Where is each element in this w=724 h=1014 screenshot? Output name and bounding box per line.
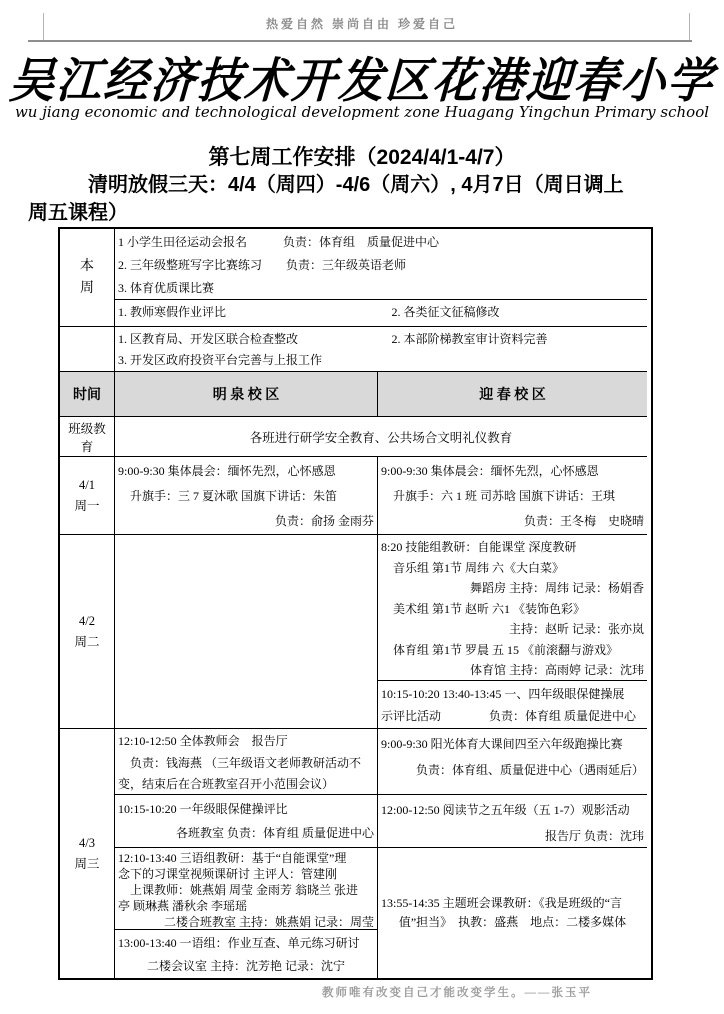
school-name-calligraphy: 吴江经济技术开发区花港迎春小学 xyxy=(0,42,724,111)
text-line: 舞蹈房 主持：周纬 记录：杨娟香 xyxy=(381,578,644,599)
text-line: 负责：钱海燕 （三年级语文老师教研活动不 xyxy=(118,753,374,775)
week-row3-cell: 1. 区教育局、开发区联合检查整改 2. 本部阶梯教室审计资料完善 3. 开发区… xyxy=(115,327,647,372)
day2-row: 4/2 周二 8:20 技能组教研：自能课堂 深度教研 音乐组 第1节 周纬 六… xyxy=(60,535,651,729)
day3-yingchun-reading-festival-cell: 12:00-12:50 阅读节之五年级（五 1-7）观影活动 报告厅 负责：沈玮 xyxy=(378,795,647,848)
day1-weekday: 周一 xyxy=(74,496,99,517)
week-label-empty-cell xyxy=(60,327,115,372)
text-line: 12:10-12:50 全体教师会 报告厅 xyxy=(118,731,374,753)
day1-yingchun-cell: 9:00-9:30 集体晨会：缅怀先烈，心怀感恩 升旗手：六 1 班 司苏晗 国… xyxy=(378,457,647,535)
text-line: 9:00-9:30 集体晨会：缅怀先烈，心怀感恩 xyxy=(381,459,644,484)
text-line: 12:10-13:40 三语组教研：基于“自能课堂”理 xyxy=(118,850,374,866)
holiday-notice: 清明放假三天：4/4（周四）-4/6（周六）, 4月7日（周日调上 周五课程） xyxy=(28,171,696,227)
schedule-table: 本周 1 小学生田径运动会报名 负责：体育组 质量促进中心 2. 三年级整班写字… xyxy=(58,227,653,980)
day2-yingchun-research-cell: 8:20 技能组教研：自能课堂 深度教研 音乐组 第1节 周纬 六《大白菜》 舞… xyxy=(378,535,647,681)
day3-label: 4/3 周三 xyxy=(60,729,115,978)
class-education-row: 班级教育 各班进行研学安全教育、公共场合文明礼仪教育 xyxy=(60,417,651,457)
week-row2-item2: 2. 各类征文征稿修改 xyxy=(392,302,500,323)
week-label-cell: 本周 xyxy=(60,229,115,327)
day3-mingquan-language-group3-cell: 12:10-13:40 三语组教研：基于“自能课堂”理 念下的习课堂视频课研讨 … xyxy=(115,848,378,930)
text-line: 1. 区教育局、开发区联合检查整改 2. 本部阶梯教室审计资料完善 xyxy=(118,329,644,350)
day1-date: 4/1 xyxy=(79,475,95,496)
text-line: 亭 顾琳燕 潘秋余 李瑶瑶 xyxy=(118,898,374,914)
week-row3-item3: 3. 开发区政府投资平台完善与上报工作 xyxy=(118,350,644,371)
week-section: 本周 1 小学生田径运动会报名 负责：体育组 质量促进中心 2. 三年级整班写字… xyxy=(60,229,651,372)
text-line: 美术组 第1节 赵昕 六1 《装饰色彩》 xyxy=(381,599,644,620)
school-motto: 热爱自然 崇尚自由 珍爱自己 xyxy=(0,15,724,32)
day2-mingquan-empty-cell xyxy=(115,535,378,729)
week-row2-item1: 1. 教师寒假作业评比 xyxy=(118,305,226,319)
day1-mingquan-cell: 9:00-9:30 集体晨会：缅怀先烈，心怀感恩 升旗手：三 7 夏沐歌 国旗下… xyxy=(115,457,378,535)
day3-mingquan-eye-exercise-cell: 10:15-10:20 一年级眼保健操评比 各班教室 负责：体育组 质量促进中心 xyxy=(115,795,378,848)
text-line: 音乐组 第1节 周纬 六《大白菜》 xyxy=(381,558,644,579)
col-header-time: 时间 xyxy=(60,372,115,417)
week-content-column: 1 小学生田径运动会报名 负责：体育组 质量促进中心 2. 三年级整班写字比赛练… xyxy=(115,229,647,372)
school-name-english: wu jiang economic and technological deve… xyxy=(0,103,724,121)
text-line: 升旗手：六 1 班 司苏晗 国旗下讲话：王琪 xyxy=(381,484,644,509)
text-line: 升旗手：三 7 夏沐歌 国旗下讲话：朱笛 xyxy=(118,484,374,509)
text-line: 负责：俞扬 金雨芬 xyxy=(118,509,374,534)
day1-label: 4/1 周一 xyxy=(60,457,115,535)
week-row3-item1: 1. 区教育局、开发区联合检查整改 xyxy=(118,332,298,346)
text-line: 报告厅 负责：沈玮 xyxy=(381,823,644,848)
day3-mingquan-language-group1-cell: 13:00-13:40 一语组：作业互查、单元练习研讨 二楼会议室 主持：沈芳艳… xyxy=(115,930,378,978)
day2-label: 4/2 周二 xyxy=(60,535,115,729)
text-line: 8:20 技能组教研：自能课堂 深度教研 xyxy=(381,537,644,558)
text-line: 10:15-10:20 13:40-13:45 一、四年级眼保健操展 xyxy=(381,683,644,705)
text-line: 负责：王冬梅 史晓晴 xyxy=(381,509,644,534)
text-line: 上课教师：姚燕娟 周莹 金雨芳 翁晓兰 张进 xyxy=(118,882,374,898)
text-line: 1 小学生田径运动会报名 负责：体育组 质量促进中心 xyxy=(118,231,644,254)
week-label-column: 本周 xyxy=(60,229,115,372)
holiday-notice-line2: 周五课程） xyxy=(28,199,696,227)
day3-mingquan-teachers-meeting-cell: 12:10-12:50 全体教师会 报告厅 负责：钱海燕 （三年级语文老师教研活… xyxy=(115,729,378,795)
text-line: 体育馆 主持：高雨婷 记录：沈玮 xyxy=(381,660,644,681)
day2-yingchun-eye-exercise-cell: 10:15-10:20 13:40-13:45 一、四年级眼保健操展 示评比活动… xyxy=(378,681,647,729)
text-line: 念下的习课堂视频课研讨 主评人：管建刚 xyxy=(118,866,374,882)
text-line: 9:00-9:30 集体晨会：缅怀先烈，心怀感恩 xyxy=(118,459,374,484)
text-line: 各班教室 负责：体育组 质量促进中心 xyxy=(118,821,374,845)
page-title: 第七周工作安排（2024/4/1-4/7） xyxy=(0,141,724,171)
text-line: 2. 三年级整班写字比赛练习 负责：三年级英语老师 xyxy=(118,254,644,277)
text-line: 3. 体育优质课比赛 xyxy=(118,277,644,300)
day3-row: 4/3 周三 12:10-12:50 全体教师会 报告厅 负责：钱海燕 （三年级… xyxy=(60,729,651,978)
text-line: 1. 教师寒假作业评比 2. 各类征文征稿修改 xyxy=(118,302,644,323)
holiday-notice-line1: 清明放假三天：4/4（周四）-4/6（周六）, 4月7日（周日调上 xyxy=(28,171,696,199)
col-header-mingquan-campus: 明 泉 校 区 xyxy=(115,372,378,417)
day3-yingchun-column: 9:00-9:30 阳光体育大课间四至六年级跑操比赛 负责：体育组、质量促进中心… xyxy=(378,729,647,978)
text-line: 负责：体育组、质量促进中心（遇雨延后） xyxy=(381,757,644,783)
class-education-content: 各班进行研学安全教育、公共场合文明礼仪教育 xyxy=(115,417,647,457)
day2-date: 4/2 xyxy=(79,611,95,632)
text-line: 13:55-14:35 主题班会课教研：《我是班级的“言 xyxy=(381,894,644,913)
text-line: 二楼合班教室 主持：姚燕娟 记录：周莹 xyxy=(118,914,374,930)
day3-yingchun-class-meeting-cell: 13:55-14:35 主题班会课教研：《我是班级的“言 值”担当》 执教：盛燕… xyxy=(378,848,647,978)
table-header-row: 时间 明 泉 校 区 迎 春 校 区 xyxy=(60,372,651,417)
day3-mingquan-column: 12:10-12:50 全体教师会 报告厅 负责：钱海燕 （三年级语文老师教研活… xyxy=(115,729,378,978)
document-page: 热爱自然 崇尚自由 珍爱自己 吴江经济技术开发区花港迎春小学 wu jiang … xyxy=(0,0,724,1014)
day2-yingchun-column: 8:20 技能组教研：自能课堂 深度教研 音乐组 第1节 周纬 六《大白菜》 舞… xyxy=(378,535,647,729)
week-row2-cell: 1. 教师寒假作业评比 2. 各类征文征稿修改 xyxy=(115,300,647,327)
text-line: 二楼会议室 主持：沈芳艳 记录：沈宁 xyxy=(118,955,374,978)
text-line: 值”担当》 执教：盛燕 地点：二楼多媒体 xyxy=(381,913,644,932)
text-line: 示评比活动 负责：体育组 质量促进中心 xyxy=(381,705,644,727)
week-label: 本周 xyxy=(79,256,95,300)
week-row3-item2: 2. 本部阶梯教室审计资料完善 xyxy=(392,329,548,350)
text-line: 12:00-12:50 阅读节之五年级（五 1-7）观影活动 xyxy=(381,797,644,823)
day3-weekday: 周三 xyxy=(74,854,99,875)
text-line: 体育组 第1节 罗晨 五 15 《前滚翻与游戏》 xyxy=(381,640,644,661)
col-header-yingchun-campus: 迎 春 校 区 xyxy=(378,372,647,417)
footer-quote: 教师唯有改变自己才能改变学生。——张玉平 xyxy=(0,984,724,1000)
day3-yingchun-running-contest-cell: 9:00-9:30 阳光体育大课间四至六年级跑操比赛 负责：体育组、质量促进中心… xyxy=(378,729,647,795)
day1-row: 4/1 周一 9:00-9:30 集体晨会：缅怀先烈，心怀感恩 升旗手：三 7 … xyxy=(60,457,651,535)
day2-weekday: 周二 xyxy=(74,632,99,653)
text-line: 主持：赵昕 记录：张亦岚 xyxy=(381,619,644,640)
text-line: 13:00-13:40 一语组：作业互查、单元练习研讨 xyxy=(118,932,374,955)
week-tasks-cell: 1 小学生田径运动会报名 负责：体育组 质量促进中心 2. 三年级整班写字比赛练… xyxy=(115,229,647,300)
text-line: 9:00-9:30 阳光体育大课间四至六年级跑操比赛 xyxy=(381,731,644,757)
class-education-label: 班级教育 xyxy=(60,417,115,457)
day3-date: 4/3 xyxy=(79,833,95,854)
text-line: 变，结束后在合班教室召开小范围会议） xyxy=(118,774,374,795)
text-line: 10:15-10:20 一年级眼保健操评比 xyxy=(118,797,374,821)
